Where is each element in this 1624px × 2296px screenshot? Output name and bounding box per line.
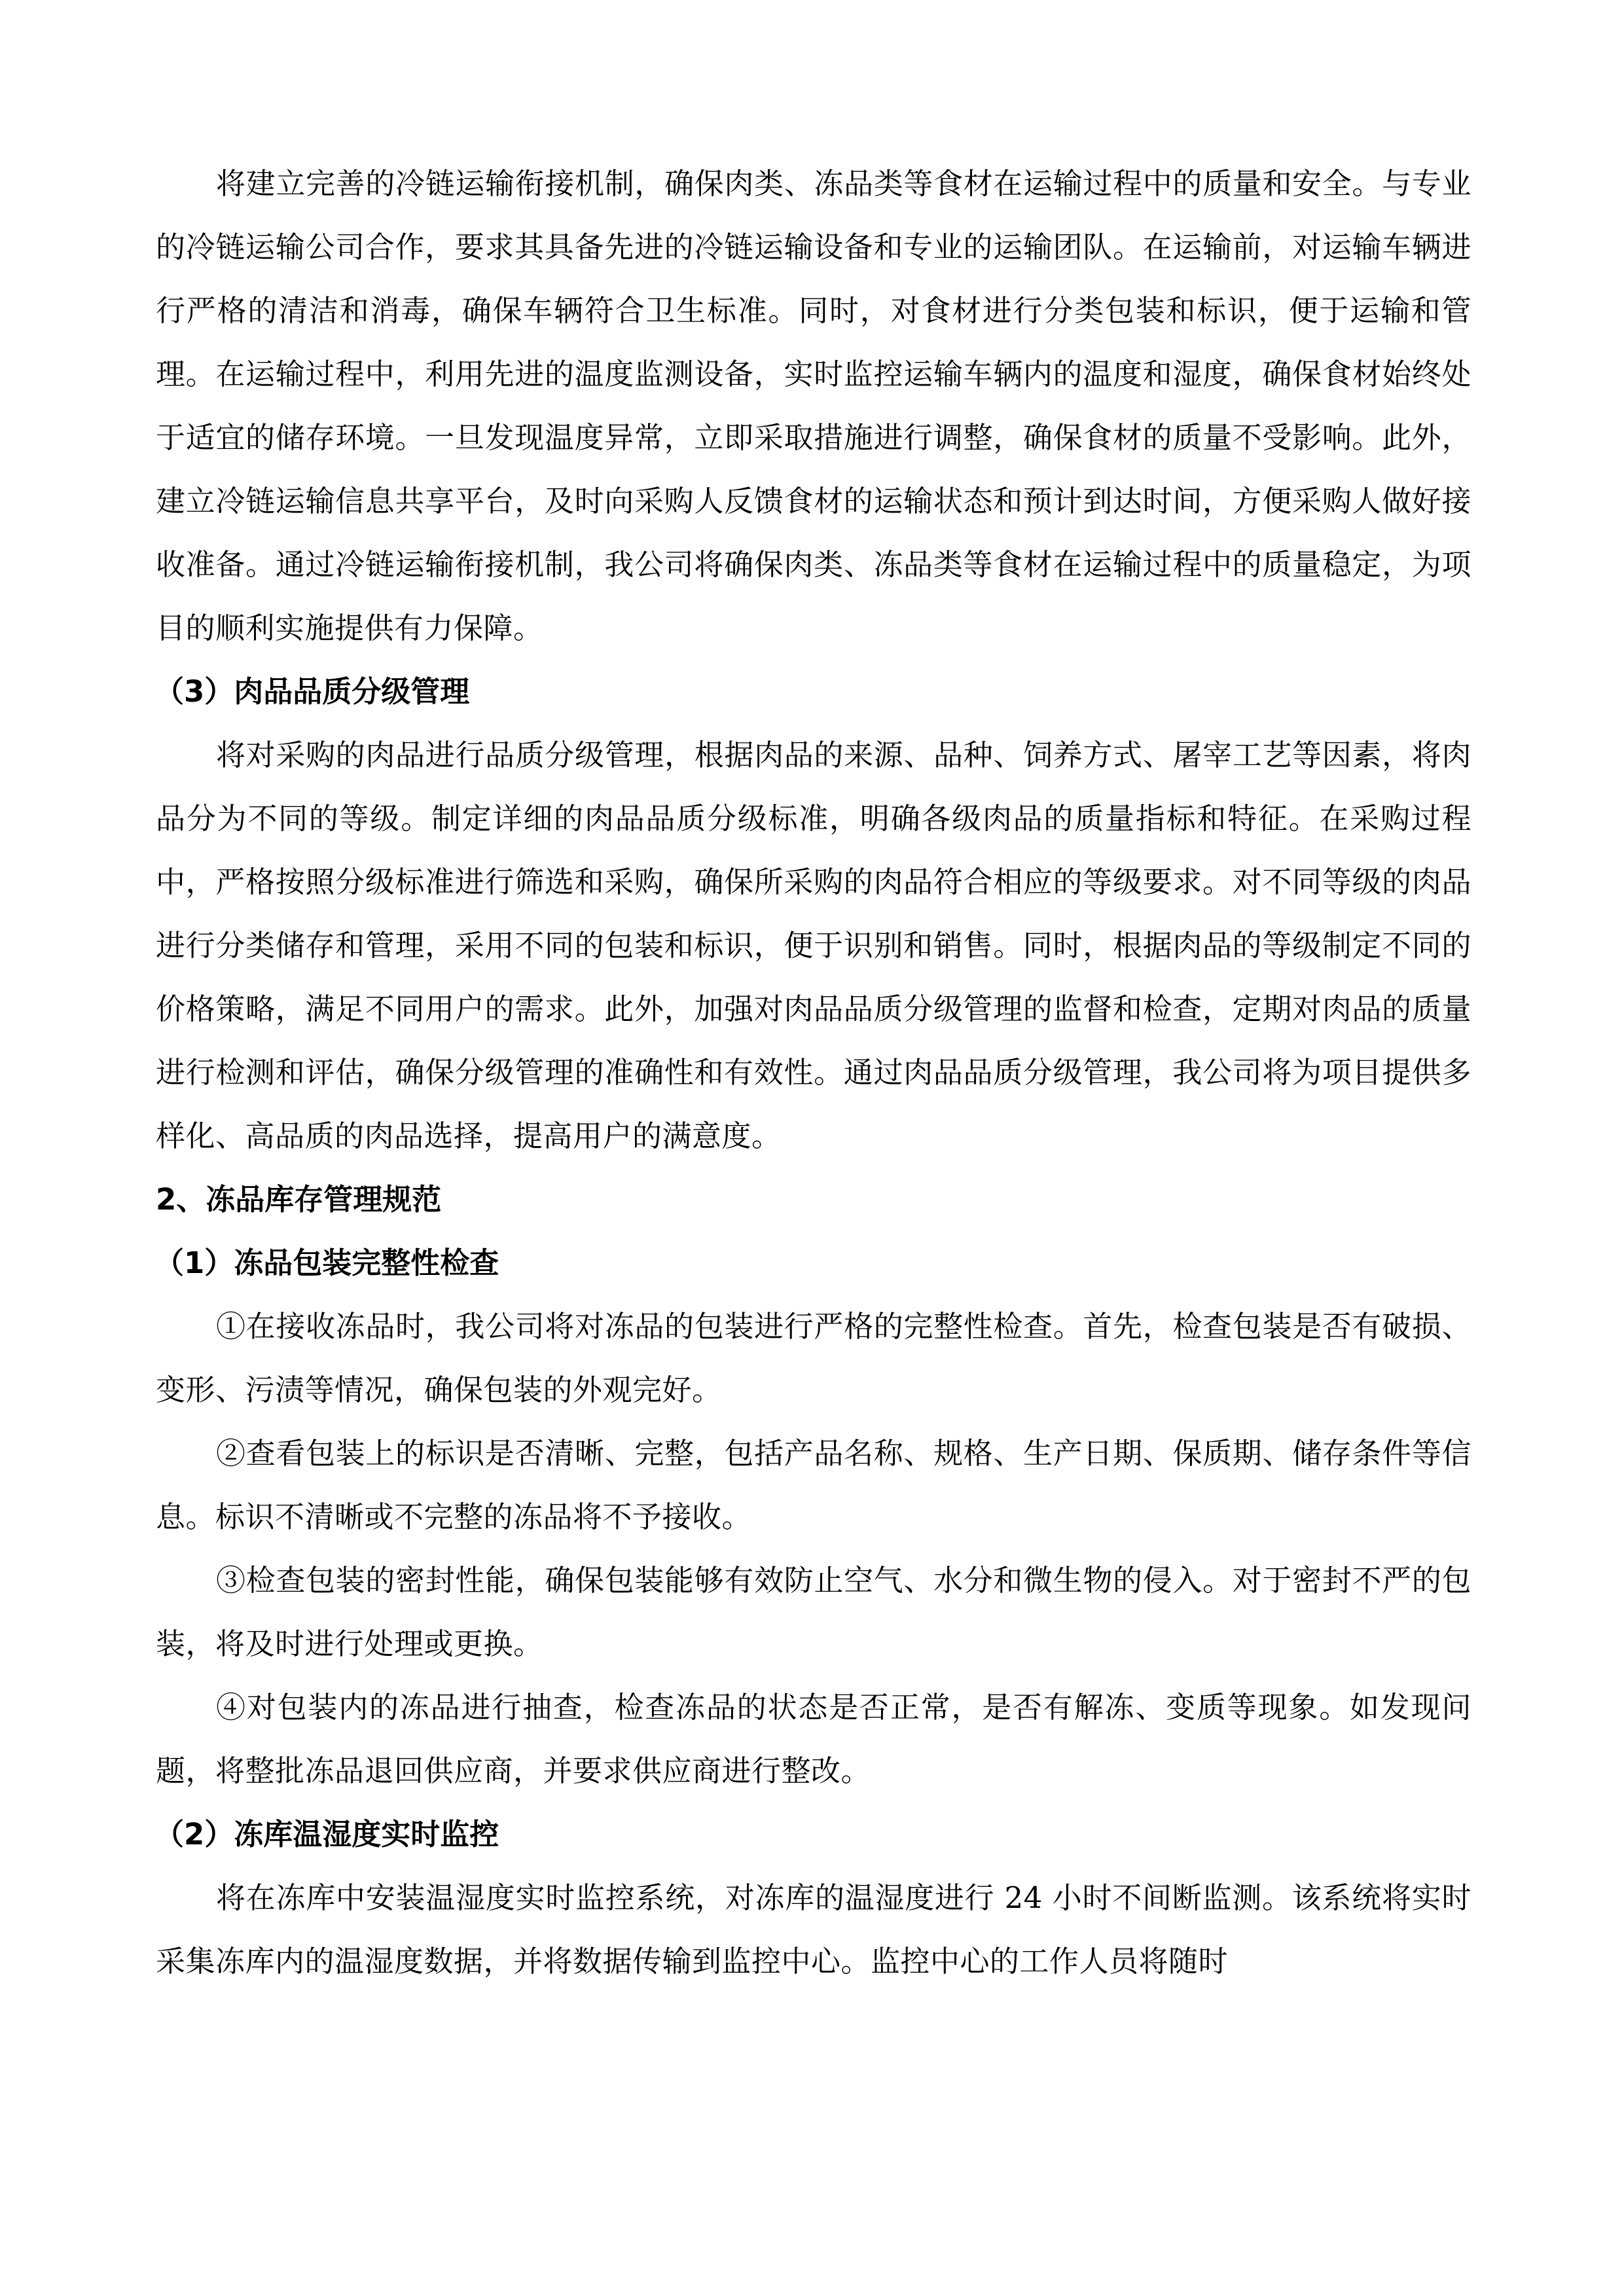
paragraph-cold-chain-transport: 将建立完善的冷链运输衔接机制，确保肉类、冻品类等食材在运输过程中的质量和安全。与… — [156, 152, 1471, 660]
paragraph-check-item-1: ①在接收冻品时，我公司将对冻品的包装进行严格的完整性检查。首先，检查包装是否有破… — [156, 1295, 1471, 1422]
paragraph-check-item-2: ②查看包装上的标识是否清晰、完整，包括产品名称、规格、生产日期、保质期、储存条件… — [156, 1422, 1471, 1549]
heading-frozen-inventory-standards: 2、冻品库存管理规范 — [156, 1168, 1471, 1231]
subheading-packaging-integrity-check: （1）冻品包装完整性检查 — [154, 1231, 1471, 1295]
subheading-cold-storage-monitoring: （2）冻库温湿度实时监控 — [154, 1803, 1471, 1866]
subheading-meat-quality-grading: （3）肉品品质分级管理 — [154, 660, 1471, 723]
paragraph-check-item-3: ③检查包装的密封性能，确保包装能够有效防止空气、水分和微生物的侵入。对于密封不严… — [156, 1549, 1471, 1676]
paragraph-meat-quality-grading: 将对采购的肉品进行品质分级管理，根据肉品的来源、品种、饲养方式、屠宰工艺等因素，… — [156, 723, 1471, 1168]
document-page: 将建立完善的冷链运输衔接机制，确保肉类、冻品类等食材在运输过程中的质量和安全。与… — [156, 152, 1471, 1993]
paragraph-cold-storage-monitoring: 将在冻库中安装温湿度实时监控系统，对冻库的温湿度进行 24 小时不间断监测。该系… — [156, 1866, 1471, 1993]
paragraph-check-item-4: ④对包装内的冻品进行抽查，检查冻品的状态是否正常，是否有解冻、变质等现象。如发现… — [156, 1676, 1471, 1803]
